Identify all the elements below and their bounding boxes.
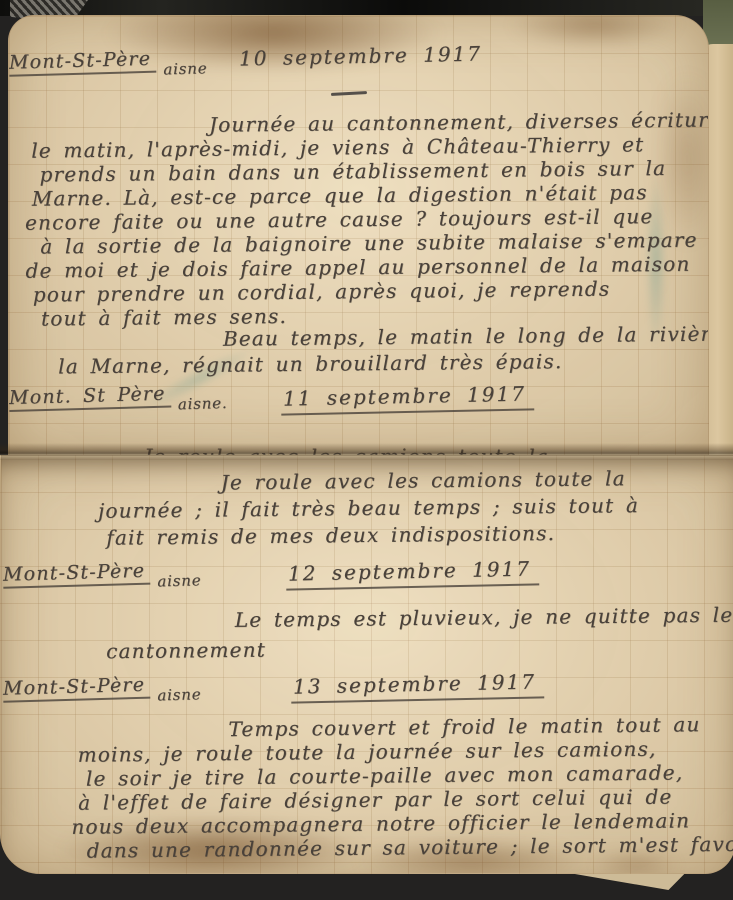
location-name: Mont-St-Père (3, 560, 151, 589)
diary-line: fait remis de mes deux indispositions. (106, 519, 639, 552)
fold-shadow (0, 443, 733, 460)
location-name: Mont-St-Père (3, 674, 151, 703)
location-label: Mont. St Pèreaisne. (9, 381, 228, 412)
entry-date: 12 septembre 1917 (286, 556, 540, 590)
notebook-page-bottom: Je roule avec les camions toute la journ… (0, 455, 733, 874)
region-name: aisne (163, 59, 207, 78)
ink-stain (507, 15, 682, 48)
diary-paragraph: Temps couvert et froid le matin tout au … (70, 711, 733, 863)
region-name: aisne. (178, 394, 228, 413)
diary-paragraph: Le temps est pluvieux, je ne quitte pas … (99, 600, 733, 667)
location-label: Mont-St-Pèreaisne (3, 558, 202, 589)
location-name: Mont. St Père (9, 383, 171, 413)
entry-date: 10 septembre 1917 (239, 41, 482, 70)
location-label: Mont-St-Pèreaisne (3, 672, 202, 703)
notebook-page-top: Mont-St-Pèreaisne 10 septembre 1917 Jour… (8, 15, 709, 456)
notebook-binding-edge (0, 0, 733, 16)
location-name: Mont-St-Père (9, 48, 157, 77)
diary-line: journée ; il fait très beau temps ; suis… (98, 492, 639, 525)
entry-date: 11 septembre 1917 (281, 381, 535, 415)
diary-paragraph: Journée au cantonnement, diverses écritu… (24, 107, 709, 330)
region-name: aisne (157, 685, 201, 704)
date-underline-dash (331, 91, 367, 96)
notebook-photo: Mont-St-Pèreaisne 10 septembre 1917 Jour… (0, 0, 733, 900)
entry-date: 13 septembre 1917 (291, 669, 545, 703)
region-name: aisne (157, 571, 201, 590)
diary-line: cantonnement (106, 630, 733, 667)
location-label: Mont-St-Pèreaisne (9, 46, 208, 77)
diary-paragraph: Beau temps, le matin le long de la riviè… (51, 320, 709, 379)
diary-paragraph: Je roule avec les camions toute la journ… (91, 465, 640, 552)
